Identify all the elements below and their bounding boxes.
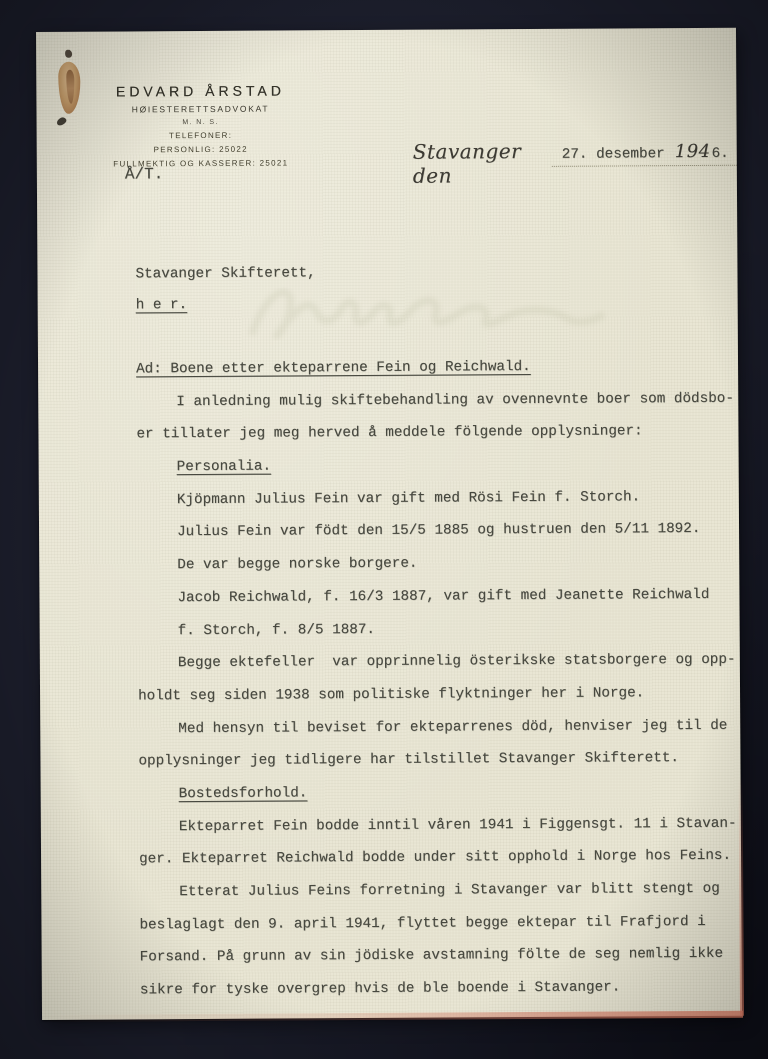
body-line: er tillater jeg meg herved å meddele föl…	[136, 415, 742, 451]
paper-bottom-edge-tint	[42, 1011, 743, 1022]
paper-stain	[58, 62, 80, 114]
body-lines: Ad: Boene etter ekteparrene Fein og Reic…	[136, 350, 746, 1007]
body-line: Personalia.	[137, 448, 743, 484]
recipient-location: h e r.	[136, 289, 316, 321]
letterhead-membership: M. N. S.	[81, 118, 321, 126]
letterhead-title: HØIESTERETTSADVOKAT	[80, 103, 320, 114]
letterhead-name: EDVARD ÅRSTAD	[80, 82, 320, 99]
body-line: ger. Ekteparret Reichwald bodde under si…	[139, 840, 745, 876]
body-line: Kjöpmann Julius Fein var gift med Rösi F…	[137, 480, 743, 516]
body-line: Med hensyn til beviset for ekteparrenes …	[138, 709, 744, 745]
body-line: sikre for tyske overgrep hvis de ble boe…	[140, 971, 746, 1007]
body-line: Jacob Reichwald, f. 16/3 1887, var gift …	[137, 579, 743, 615]
body-line: beslaglagt den 9. april 1941, flyttet be…	[139, 905, 745, 941]
body-line: Etterat Julius Feins forretning i Stavan…	[139, 873, 745, 909]
dateline-fill-line: 27. desember 194 6.	[552, 141, 737, 167]
body-line: opplysninger jeg tidligere har tilstille…	[138, 742, 744, 778]
dateline-place-printed: Stavanger den	[413, 139, 550, 188]
body-line: De var begge norske borgere.	[137, 546, 743, 582]
letter-page: EDVARD ÅRSTAD HØIESTERETTSADVOKAT M. N. …	[36, 28, 742, 1020]
dateline-year-typed: 6.	[712, 146, 729, 162]
body-line: f. Storch, f. 8/5 1887.	[138, 611, 744, 647]
body-line: Begge ektefeller var opprinnelig österik…	[138, 644, 744, 680]
body-line: Forsand. På grunn av sin jödiske avstamn…	[140, 938, 746, 974]
body-line: Ad: Boene etter ekteparrene Fein og Reic…	[136, 350, 742, 386]
body-line: holdt seg siden 1938 som politiske flykt…	[138, 677, 744, 713]
body-line: I anledning mulig skiftebehandling av ov…	[136, 382, 742, 418]
recipient-block: Stavanger Skifterett, h e r.	[135, 258, 316, 321]
photo-background: EDVARD ÅRSTAD HØIESTERETTSADVOKAT M. N. …	[0, 0, 768, 1059]
dateline: Stavanger den 27. desember 194 6.	[413, 138, 737, 188]
paper-stain-core	[66, 70, 74, 104]
letterhead-phones-label: TELEFONER:	[81, 130, 321, 140]
body-line: Ekteparret Fein bodde inntil våren 1941 …	[139, 807, 745, 843]
dateline-year-printed: 194	[675, 141, 711, 162]
reference-initials: Å/T.	[125, 165, 164, 183]
letterhead-phone-personal: PERSONLIG: 25022	[81, 144, 321, 154]
recipient-name: Stavanger Skifterett,	[135, 258, 315, 290]
dateline-date-typed: 27. desember	[562, 146, 665, 163]
body-line: Julius Fein var födt den 15/5 1885 og hu…	[137, 513, 743, 549]
letterhead: EDVARD ÅRSTAD HØIESTERETTSADVOKAT M. N. …	[80, 82, 321, 168]
body-line: Bostedsforhold.	[139, 775, 745, 811]
letterhead-phone-clerk: FULLMEKTIG OG KASSERER: 25021	[81, 158, 321, 168]
